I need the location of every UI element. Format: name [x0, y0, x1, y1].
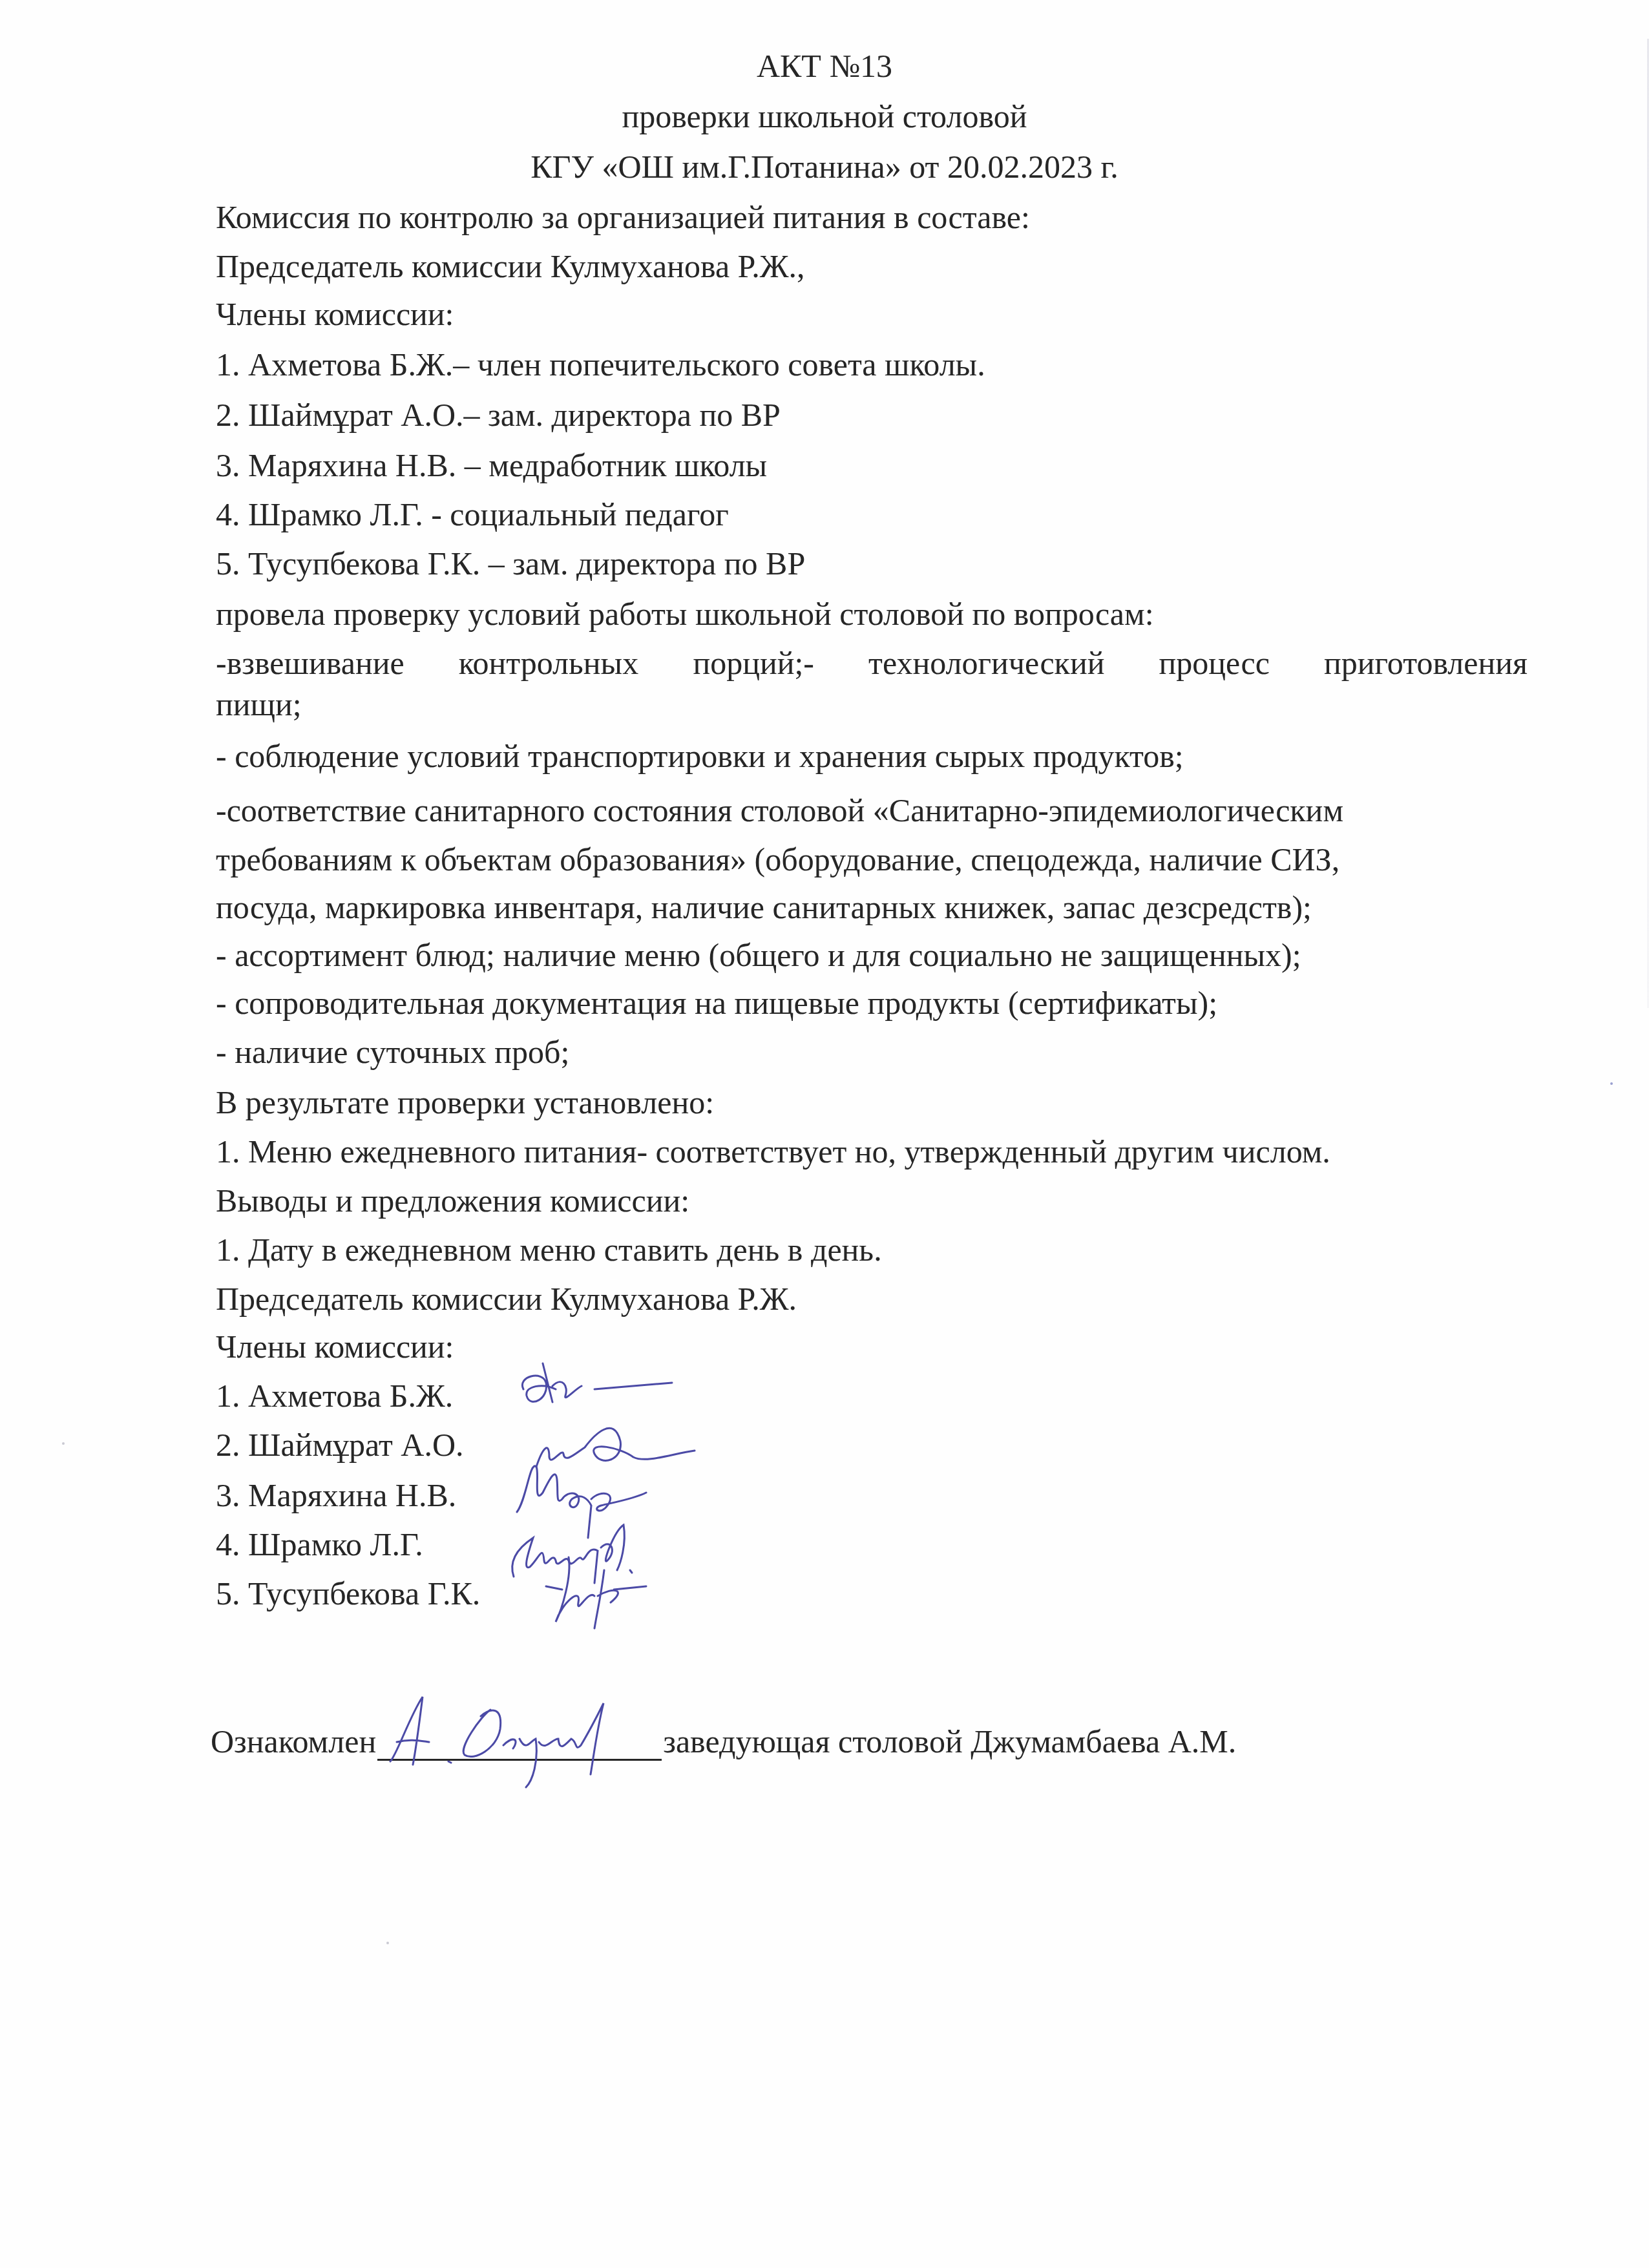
document-title: АКТ №13	[0, 47, 1649, 85]
scan-speck	[386, 1942, 389, 1944]
inspection-item: требованиям к объектам образования» (обо…	[216, 840, 1528, 879]
members-heading: Члены комиссии:	[216, 295, 1528, 333]
signoff-members-heading: Члены комиссии:	[216, 1327, 1528, 1366]
inspection-item: - ассортимент блюд; наличие меню (общего…	[216, 936, 1528, 974]
acknowledgement-signature-line	[377, 1723, 662, 1761]
scan-speck	[62, 1442, 65, 1445]
inspection-item: -соответствие санитарного состояния стол…	[216, 791, 1528, 830]
document-subtitle: проверки школьной столовой	[0, 97, 1649, 136]
acknowledged-by: заведующая столовой Джумамбаева А.М.	[663, 1722, 1236, 1761]
signature-mark	[384, 1690, 655, 1800]
signoff-member-name: 4. Шрамко Л.Г.	[216, 1526, 423, 1562]
signature-mark	[543, 1551, 672, 1638]
signoff-member-row: 3. Маряхина Н.В.	[216, 1476, 456, 1515]
signoff-member-name: 1. Ахметова Б.Ж.	[216, 1378, 453, 1414]
member-item: 2. Шаймұрат А.О.– зам. директора по ВР	[216, 395, 1528, 434]
inspection-item: посуда, маркировка инвентаря, наличие са…	[216, 888, 1528, 927]
conclusion-item: 1. Дату в ежедневном меню ставить день в…	[216, 1230, 1528, 1269]
member-item: 1. Ахметова Б.Ж.– член попечительского с…	[216, 345, 1528, 384]
member-item: 3. Маряхина Н.В. – медработник школы	[216, 446, 1528, 485]
inspection-intro: провела проверку условий работы школьной…	[216, 594, 1528, 633]
signoff-member-row: 5. Тусупбекова Г.К.	[216, 1574, 480, 1613]
inspection-item: - наличие суточных проб;	[216, 1033, 1528, 1071]
document-page: АКТ №13 проверки школьной столовой КГУ «…	[0, 0, 1649, 2268]
signoff-member-row: 2. Шаймұрат А.О.	[216, 1425, 464, 1464]
acknowledgement-row: Ознакомлен заведующая столовой Джумамбае…	[211, 1722, 1236, 1761]
scan-speck	[1610, 1082, 1613, 1085]
signoff-member-row: 1. Ахметова Б.Ж.	[216, 1376, 453, 1415]
conclusions-heading: Выводы и предложения комиссии:	[216, 1181, 1528, 1220]
signoff-member-name: 2. Шаймұрат А.О.	[216, 1427, 464, 1463]
inspection-item: пищи;	[216, 685, 1528, 724]
member-item: 5. Тусупбекова Г.К. – зам. директора по …	[216, 544, 1528, 583]
finding-item: 1. Меню ежедневного питания- соответству…	[216, 1132, 1528, 1171]
findings-heading: В результате проверки установлено:	[216, 1083, 1528, 1122]
inspection-item: -взвешивание контрольных порций;- технол…	[216, 644, 1528, 682]
signoff-member-name: 5. Тусупбекова Г.К.	[216, 1575, 480, 1612]
inspection-item: - сопроводительная документация на пищев…	[216, 983, 1528, 1022]
member-item: 4. Шрамко Л.Г. - социальный педагог	[216, 495, 1528, 534]
acknowledged-label: Ознакомлен	[211, 1722, 376, 1761]
commission-intro: Комиссия по контролю за организацией пит…	[216, 198, 1528, 236]
commission-chair: Председатель комиссии Кулмуханова Р.Ж.,	[216, 247, 1528, 286]
signoff-chair: Председатель комиссии Кулмуханова Р.Ж.	[216, 1279, 1528, 1318]
signoff-member-name: 3. Маряхина Н.В.	[216, 1477, 456, 1513]
inspection-item: - соблюдение условий транспортировки и х…	[216, 737, 1528, 775]
signoff-member-row: 4. Шрамко Л.Г.	[216, 1525, 423, 1564]
organization-line: КГУ «ОШ им.Г.Потанина» от 20.02.2023 г.	[0, 147, 1649, 186]
